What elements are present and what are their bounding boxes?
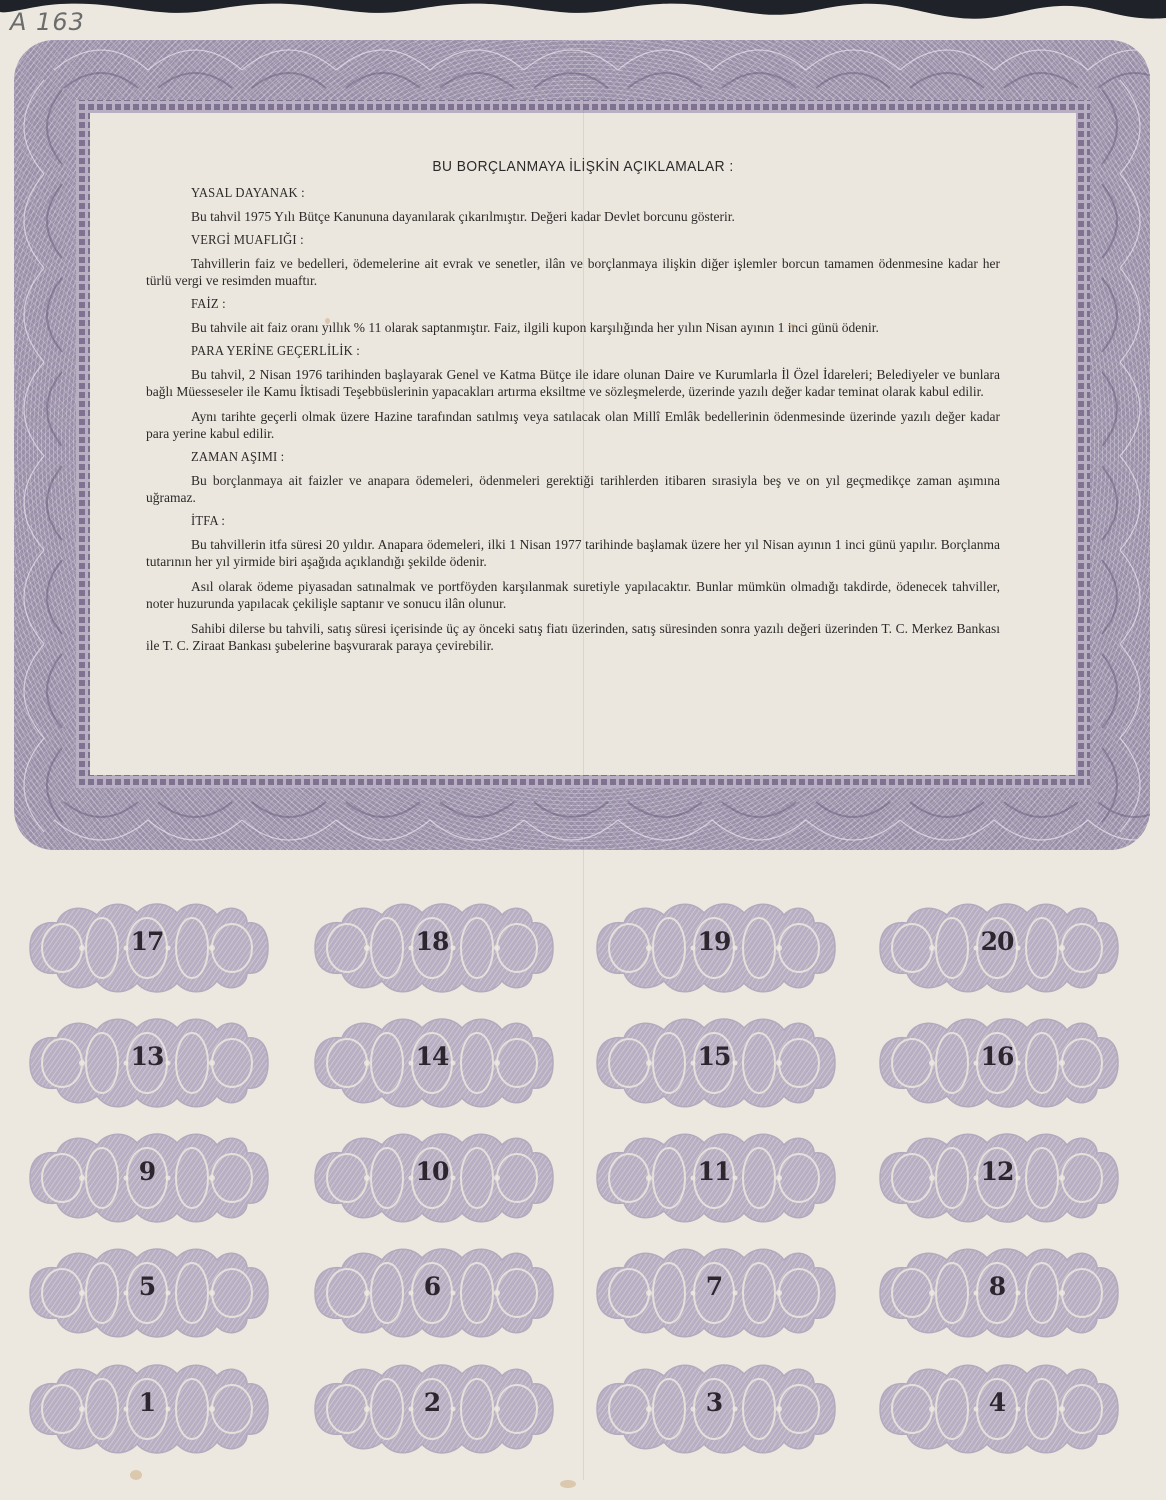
coupon-2: 2 — [307, 1354, 557, 1464]
coupon-number: 10 — [307, 1157, 557, 1186]
section-heading: ZAMAN AŞIMI : — [191, 450, 919, 466]
sections-container: YASAL DAYANAK :Bu tahvil 1975 Yılı Bütçe… — [146, 186, 1000, 662]
section-heading: YASAL DAYANAK : — [191, 186, 919, 202]
section: ZAMAN AŞIMI :Bu borçlanmaya ait faizler … — [146, 450, 1000, 506]
section-heading: VERGİ MUAFLIĞI : — [191, 233, 919, 249]
coupon-number: 19 — [589, 927, 839, 956]
section-paragraph: Bu tahvil 1975 Yılı Bütçe Kanununa dayan… — [146, 208, 1000, 225]
section-paragraph: Bu tahvil, 2 Nisan 1976 tarihinden başla… — [146, 366, 1000, 400]
coupon-number: 1 — [22, 1388, 272, 1417]
section-heading: İTFA : — [191, 514, 919, 530]
section-heading: FAİZ : — [191, 297, 919, 313]
section: YASAL DAYANAK :Bu tahvil 1975 Yılı Bütçe… — [146, 186, 1000, 225]
coupon-number: 17 — [22, 927, 272, 956]
coupon-number: 3 — [589, 1388, 839, 1417]
torn-top-edge — [0, 0, 1166, 30]
handwritten-annotation: A 163 — [10, 8, 85, 36]
coupon-20: 20 — [872, 893, 1122, 1003]
coupon-number: 16 — [872, 1042, 1122, 1071]
coupon-16: 16 — [872, 1008, 1122, 1118]
section: FAİZ :Bu tahvile ait faiz oranı yıllık %… — [146, 297, 1000, 336]
coupon-6: 6 — [307, 1238, 557, 1348]
coupon-number: 11 — [589, 1157, 839, 1186]
coupon-4: 4 — [872, 1354, 1122, 1464]
section-paragraph: Tahvillerin faiz ve bedelleri, ödemeleri… — [146, 255, 1000, 289]
coupon-10: 10 — [307, 1123, 557, 1233]
coupon-3: 3 — [589, 1354, 839, 1464]
coupon-number: 9 — [22, 1157, 272, 1186]
section: VERGİ MUAFLIĞI :Tahvillerin faiz ve bede… — [146, 233, 1000, 289]
section-heading: PARA YERİNE GEÇERLİLİK : — [191, 344, 919, 360]
coupon-number: 5 — [22, 1272, 272, 1301]
coupon-number: 8 — [872, 1272, 1122, 1301]
coupon-7: 7 — [589, 1238, 839, 1348]
fold-line — [583, 40, 584, 1480]
coupon-1: 1 — [22, 1354, 272, 1464]
section: PARA YERİNE GEÇERLİLİK :Bu tahvil, 2 Nis… — [146, 344, 1000, 442]
coupon-number: 13 — [22, 1042, 272, 1071]
coupon-number: 2 — [307, 1388, 557, 1417]
section-paragraph: Aynı tarihte geçerli olmak üzere Hazine … — [146, 408, 1000, 442]
coupon-13: 13 — [22, 1008, 272, 1118]
coupon-number: 4 — [872, 1388, 1122, 1417]
coupon-number: 6 — [307, 1272, 557, 1301]
coupon-17: 17 — [22, 893, 272, 1003]
section-paragraph: Sahibi dilerse bu tahvili, satış süresi … — [146, 620, 1000, 654]
section-paragraph: Bu borçlanmaya ait faizler ve anapara öd… — [146, 472, 1000, 506]
section: İTFA :Bu tahvillerin itfa süresi 20 yıld… — [146, 514, 1000, 654]
coupon-14: 14 — [307, 1008, 557, 1118]
coupon-number: 15 — [589, 1042, 839, 1071]
coupon-15: 15 — [589, 1008, 839, 1118]
bond-sheet: A 163 BU BORÇLANMAYA İLİŞKİN AÇIKLAMALAR… — [0, 0, 1166, 1500]
coupon-8: 8 — [872, 1238, 1122, 1348]
coupon-12: 12 — [872, 1123, 1122, 1233]
coupon-9: 9 — [22, 1123, 272, 1233]
coupon-18: 18 — [307, 893, 557, 1003]
coupon-11: 11 — [589, 1123, 839, 1233]
section-paragraph: Bu tahvillerin itfa süresi 20 yıldır. An… — [146, 536, 1000, 570]
coupon-5: 5 — [22, 1238, 272, 1348]
coupon-19: 19 — [589, 893, 839, 1003]
section-paragraph: Bu tahvile ait faiz oranı yıllık % 11 ol… — [146, 319, 1000, 336]
coupon-number: 18 — [307, 927, 557, 956]
coupon-number: 14 — [307, 1042, 557, 1071]
coupon-number: 12 — [872, 1157, 1122, 1186]
coupon-number: 7 — [589, 1272, 839, 1301]
section-paragraph: Asıl olarak ödeme piyasadan satınalmak v… — [146, 578, 1000, 612]
coupon-number: 20 — [872, 927, 1122, 956]
